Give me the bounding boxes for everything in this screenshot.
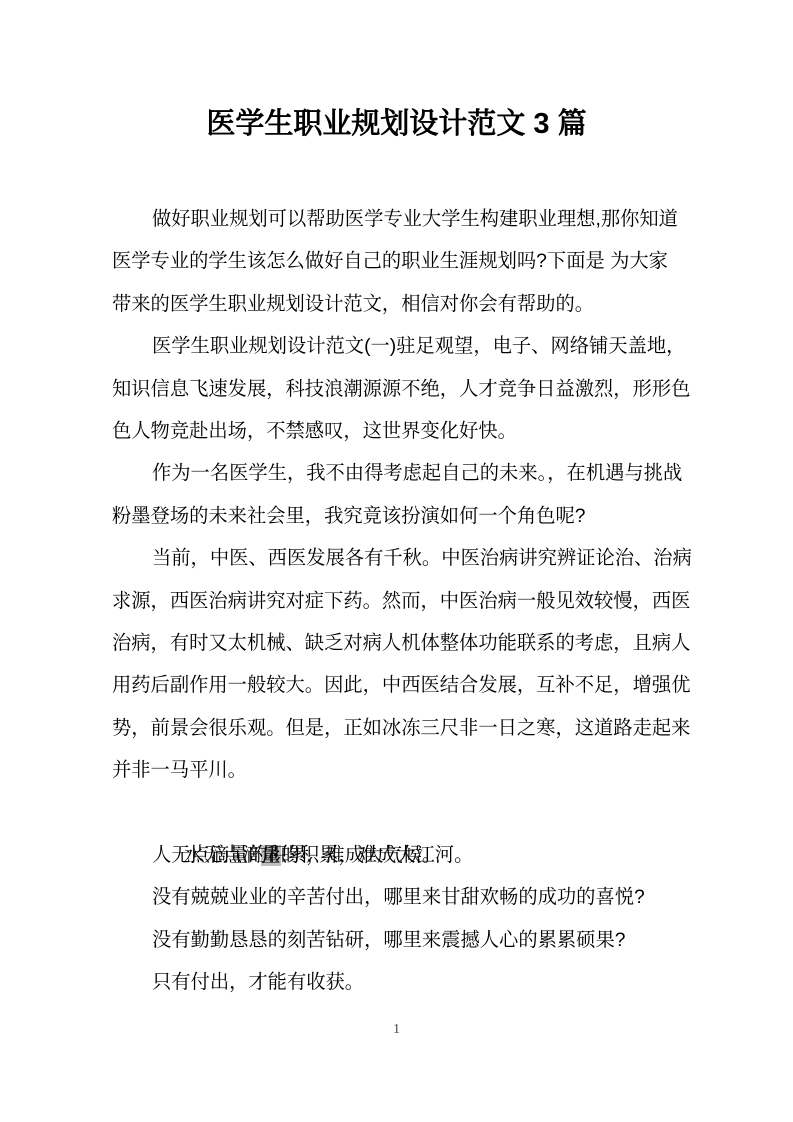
document-title: 医学生职业规划设计范文 3 篇 <box>0 104 793 144</box>
document-page: 医学生职业规划设计范文 3 篇 做好职业规划可以帮助医学专业大学生构建职业理想,… <box>0 0 793 1122</box>
text-line: 只有付出，才能有收获。 <box>112 962 692 1004</box>
text-line: 并非一马平川。 <box>112 750 692 792</box>
text-line: 没有勤勤恳恳的刻苦钻研，哪里来震撼人心的累累硕果? <box>112 920 692 962</box>
text-line: 治病，有时又太机械、缺乏对病人机体整体功能联系的考虑，且病人 <box>112 623 692 665</box>
text-line: 当前，中医、西医发展各有千秋。中医治病讲究辨证论治、治病 <box>112 538 692 580</box>
text-line: 知识信息飞速发展，科技浪潮源源不绝，人才竞争日益激烈，形形色 <box>112 369 692 411</box>
text-line: 医学专业的学生该怎么做好自己的职业生涯规划吗?下面是 为大家 <box>112 241 692 283</box>
text-line: 医学生职业规划设计范文(一)驻足观望，电子、网络铺天盖地， <box>112 326 692 368</box>
text-line: 粉墨登场的未来社会里，我究竟该扮演如何一个角色呢? <box>112 496 692 538</box>
text-line: 做好职业规划可以帮助医学专业大学生构建职业理想,那你知道 <box>112 199 692 241</box>
text-line: 势，前景会很乐观。但是，正如冰冻三尺非一日之寒，这道路走起来 <box>112 708 692 750</box>
document-body: 做好职业规划可以帮助医学专业大学生构建职业理想,那你知道 医学专业的学生该怎么做… <box>112 199 692 1004</box>
text-line: 作为一名医学生，我不由得考虑起自己的未来。，在机遇与挑战 <box>112 453 692 495</box>
page-number: 1 <box>0 1020 793 1040</box>
text-line: 人无点滴量的积累，难成大气候。 <box>112 835 692 877</box>
text-line: 带来的医学生职业规划设计范文，相信对你会有帮助的。 <box>112 284 692 326</box>
text-line: 用药后副作用一般较大。因此，中西医结合发展，互补不足，增强优 <box>112 665 692 707</box>
text-line: 色人物竞赴出场，不禁感叹，这世界变化好快。 <box>112 411 692 453</box>
text-line: 没有兢兢业业的辛苦付出，哪里来甘甜欢畅的成功的喜悦? <box>112 877 692 919</box>
text-line-with-highlight: 水无点滴量的积累，难成大江河。 <box>112 792 692 834</box>
text-line: 求源，西医治病讲究对症下药。然而，中医治病一般见效较慢，西医 <box>112 581 692 623</box>
